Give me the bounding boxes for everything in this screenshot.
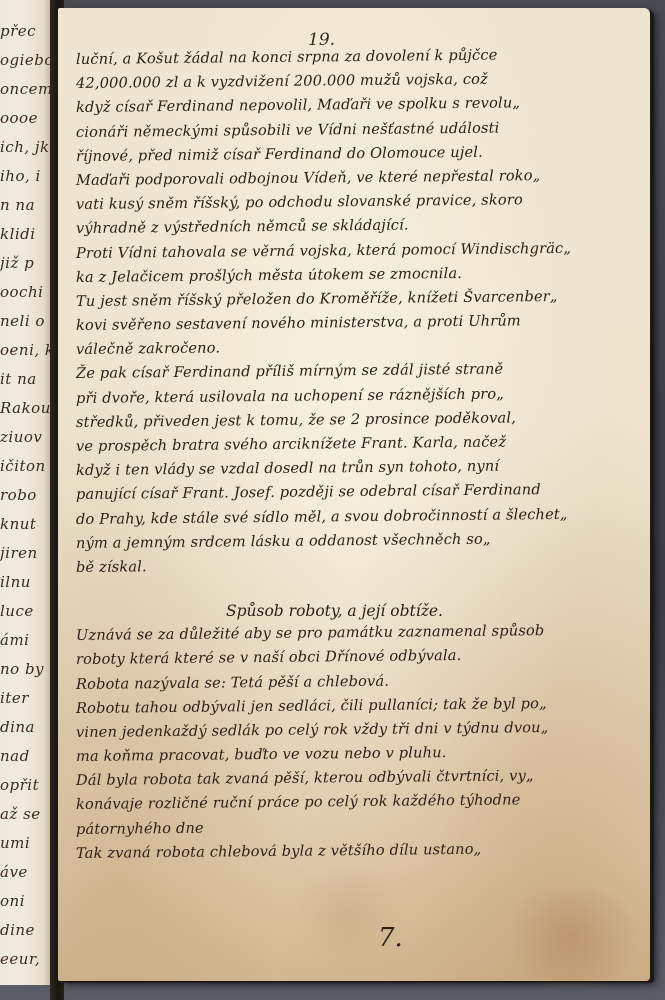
left-page-text-fragment: knut [0,515,36,533]
left-page-text-fragment: již p [0,254,34,272]
left-page-text-fragment: oni [0,892,25,910]
left-page-text-fragment: ogiebo [0,51,54,69]
left-page-text-fragment: eeur, [0,950,40,968]
left-page-text-fragment: oeni, k [0,341,55,359]
left-page-text-fragment: iho, i [0,167,41,185]
left-page-text-fragment: it na [0,370,37,388]
left-page-text-fragment: jiren [0,544,38,562]
left-page-text-fragment: ilnu [0,573,31,591]
left-page-text-fragment: dina [0,718,35,736]
left-page-text-fragment: ziuov [0,428,42,446]
paragraph-1: luční, a Košut žádal na konci srpna za d… [76,48,646,580]
handwritten-text: luční, a Košut žádal na konci srpna za d… [76,48,646,866]
left-page-text-fragment: umi [0,834,30,852]
left-page-text-fragment: oochi [0,283,43,301]
manuscript-photo: přecogiebooncemoooeich, jkiho, in naklid… [0,0,665,1000]
left-page-text-fragment: opřit [0,776,39,794]
left-page-text-fragment: až se [0,805,41,823]
left-page-text-fragment: klidi [0,225,36,243]
text-line: bě získal. [76,550,646,580]
left-page-text-fragment: neli o [0,312,45,330]
left-page-text-fragment: oooe [0,109,38,127]
spacer [76,580,646,598]
paragraph-2: Uznává se za důležité aby se pro památku… [76,624,646,866]
left-page-text-fragment: luce [0,602,34,620]
left-page-text-fragment: dine [0,921,35,939]
manuscript-page: 19. luční, a Košut žádal na konci srpna … [58,8,650,981]
left-page-text-fragment: oncem [0,80,53,98]
left-page-text-fragment: n na [0,196,35,214]
left-page-text-fragment: Rakou [0,399,51,417]
left-page-text-fragment: ičiton [0,457,46,475]
left-page-text-fragment: áve [0,863,28,881]
left-page-text-fragment: nad [0,747,30,765]
left-page-text-fragment: no by [0,660,44,678]
left-page-text-fragment: robo [0,486,37,504]
left-page-text-fragment: ámi [0,631,29,649]
left-page-text-fragment: ich, jk [0,138,50,156]
left-page-text-fragment: iter [0,689,29,707]
paper-stain [498,888,648,988]
page-number-bottom: 7. [378,923,403,953]
text-line: Tak zvaná robota chlebová byla z většího… [76,836,646,866]
left-page-text-fragment: přec [0,22,36,40]
